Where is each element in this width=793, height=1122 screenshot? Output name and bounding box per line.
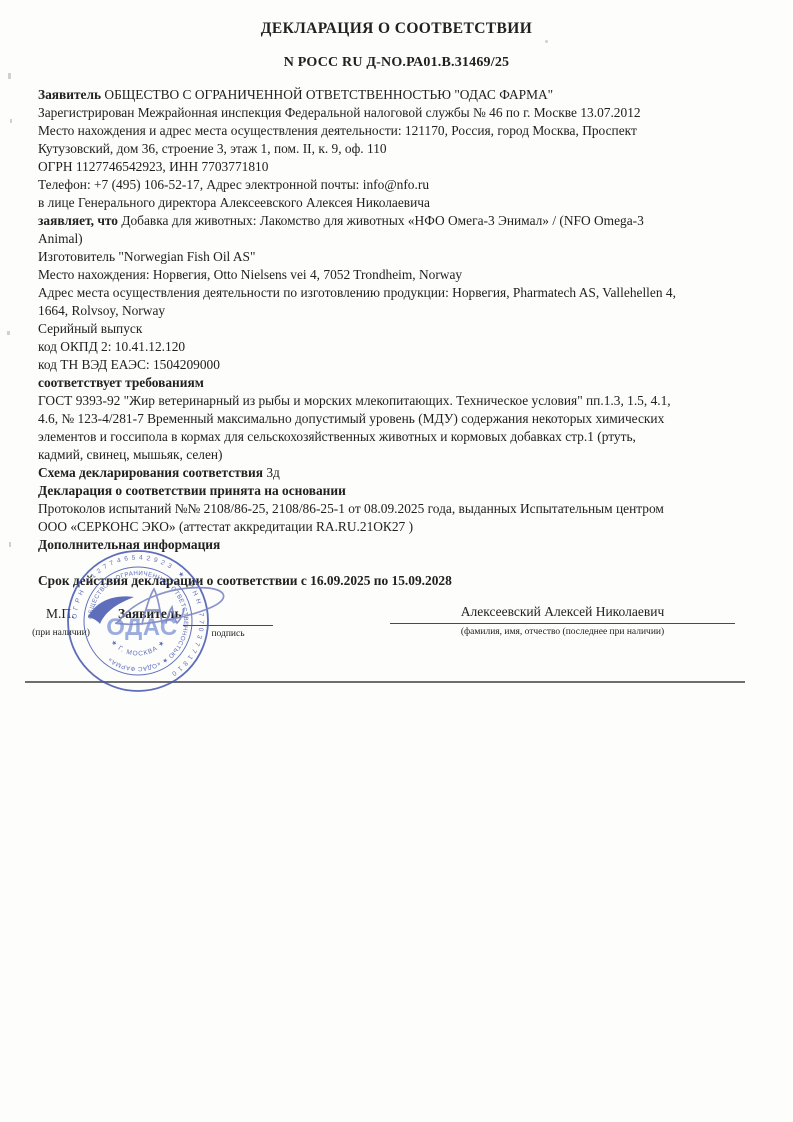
line-text: Место нахождения и адрес места осуществл… [38, 123, 637, 138]
document-line: в лице Генерального директора Алексеевск… [38, 194, 768, 212]
document-line: Схема декларирования соответствия 3д [38, 464, 768, 482]
line-bold-label: Декларация о соответствии принята на осн… [38, 483, 346, 498]
line-text: ГОСТ 9393-92 "Жир ветеринарный из рыбы и… [38, 393, 671, 408]
line-text: в лице Генерального директора Алексеевск… [38, 195, 430, 210]
document-line: Заявитель ОБЩЕСТВО С ОГРАНИЧЕННОЙ ОТВЕТС… [38, 86, 768, 104]
document-line: Animal) [38, 230, 768, 248]
document-line: код ОКПД 2: 10.41.12.120 [38, 338, 768, 356]
document-line: Изготовитель "Norwegian Fish Oil AS" [38, 248, 768, 266]
line-text: Зарегистрирован Межрайонная инспекция Фе… [38, 105, 641, 120]
line-text: ОБЩЕСТВО С ОГРАНИЧЕННОЙ ОТВЕТСТВЕННОСТЬЮ… [101, 87, 553, 102]
document-line: Место нахождения и адрес места осуществл… [38, 122, 768, 140]
line-text: код ТН ВЭД ЕАЭС: 1504209000 [38, 357, 220, 372]
line-bold-label: Заявитель [38, 87, 101, 102]
document-line: Место нахождения: Норвегия, Otto Nielsen… [38, 266, 768, 284]
declaration-document: ДЕКЛАРАЦИЯ О СООТВЕТСТВИИ N РОСС RU Д-NO… [0, 0, 793, 1122]
document-line: заявляет, что Добавка для животных: Лако… [38, 212, 768, 230]
scan-artifact [7, 331, 10, 335]
document-line: код ТН ВЭД ЕАЭС: 1504209000 [38, 356, 768, 374]
document-line: 4.6, № 123-4/281-7 Временный максимально… [38, 410, 768, 428]
line-text: Кутузовский, дом 36, строение 3, этаж 1,… [38, 141, 387, 156]
document-line: соответствует требованиям [38, 374, 768, 392]
line-text: Место нахождения: Норвегия, Otto Nielsen… [38, 267, 462, 282]
line-text: Адрес места осуществления деятельности п… [38, 285, 676, 300]
line-text: кадмий, свинец, мышьяк, селен) [38, 447, 223, 462]
signatory-name: Алексеевский Алексей Николаевич [390, 603, 735, 624]
document-title: ДЕКЛАРАЦИЯ О СООТВЕТСТВИИ [0, 20, 793, 38]
line-text: Серийный выпуск [38, 321, 142, 336]
line-bold-label: заявляет, что [38, 213, 118, 228]
document-line: Серийный выпуск [38, 320, 768, 338]
line-text: ООО «СЕРКОНС ЭКО» (аттестат аккредитации… [38, 519, 413, 534]
document-line: Декларация о соответствии принята на осн… [38, 482, 768, 500]
document-line: 1664, Rolvsoy, Norway [38, 302, 768, 320]
svg-text:★ Г. МОСКВА ★: ★ Г. МОСКВА ★ [109, 639, 167, 658]
document-line: Адрес места осуществления деятельности п… [38, 284, 768, 302]
document-line: кадмий, свинец, мышьяк, селен) [38, 446, 768, 464]
line-text: 4.6, № 123-4/281-7 Временный максимально… [38, 411, 664, 426]
line-text: Animal) [38, 231, 83, 246]
document-line: ОГРН 1127746542923, ИНН 7703771810 [38, 158, 768, 176]
line-text: 3д [263, 465, 280, 480]
stamp-city-text: ★ Г. МОСКВА ★ [109, 639, 167, 658]
signatory-name-caption: (фамилия, имя, отчество (последнее при н… [390, 627, 735, 637]
line-text: Протоколов испытаний №№ 2108/86-25, 2108… [38, 501, 664, 516]
line-text: ОГРН 1127746542923, ИНН 7703771810 [38, 159, 268, 174]
handwritten-signature [110, 578, 238, 634]
scan-artifact [9, 542, 11, 547]
document-line: ГОСТ 9393-92 "Жир ветеринарный из рыбы и… [38, 392, 768, 410]
line-bold-label: соответствует требованиям [38, 375, 204, 390]
line-text: элементов и госсипола в кормах для сельс… [38, 429, 636, 444]
document-line: Протоколов испытаний №№ 2108/86-25, 2108… [38, 500, 768, 518]
document-lines: Заявитель ОБЩЕСТВО С ОГРАНИЧЕННОЙ ОТВЕТС… [38, 86, 768, 590]
line-text: Добавка для животных: Лакомство для живо… [118, 213, 644, 228]
document-line: элементов и госсипола в кормах для сельс… [38, 428, 768, 446]
line-bold-label: Схема декларирования соответствия [38, 465, 263, 480]
line-text: код ОКПД 2: 10.41.12.120 [38, 339, 185, 354]
document-line: Телефон: +7 (495) 106-52-17, Адрес элект… [38, 176, 768, 194]
scan-artifact [10, 119, 12, 123]
document-line: ООО «СЕРКОНС ЭКО» (аттестат аккредитации… [38, 518, 768, 536]
line-text: Телефон: +7 (495) 106-52-17, Адрес элект… [38, 177, 429, 192]
document-number: N РОСС RU Д-NO.РА01.В.31469/25 [0, 55, 793, 71]
document-line: Зарегистрирован Межрайонная инспекция Фе… [38, 104, 768, 122]
line-text: Изготовитель "Norwegian Fish Oil AS" [38, 249, 255, 264]
scan-artifact [8, 73, 11, 79]
scan-artifact [545, 40, 548, 43]
document-line: Кутузовский, дом 36, строение 3, этаж 1,… [38, 140, 768, 158]
line-text: 1664, Rolvsoy, Norway [38, 303, 165, 318]
